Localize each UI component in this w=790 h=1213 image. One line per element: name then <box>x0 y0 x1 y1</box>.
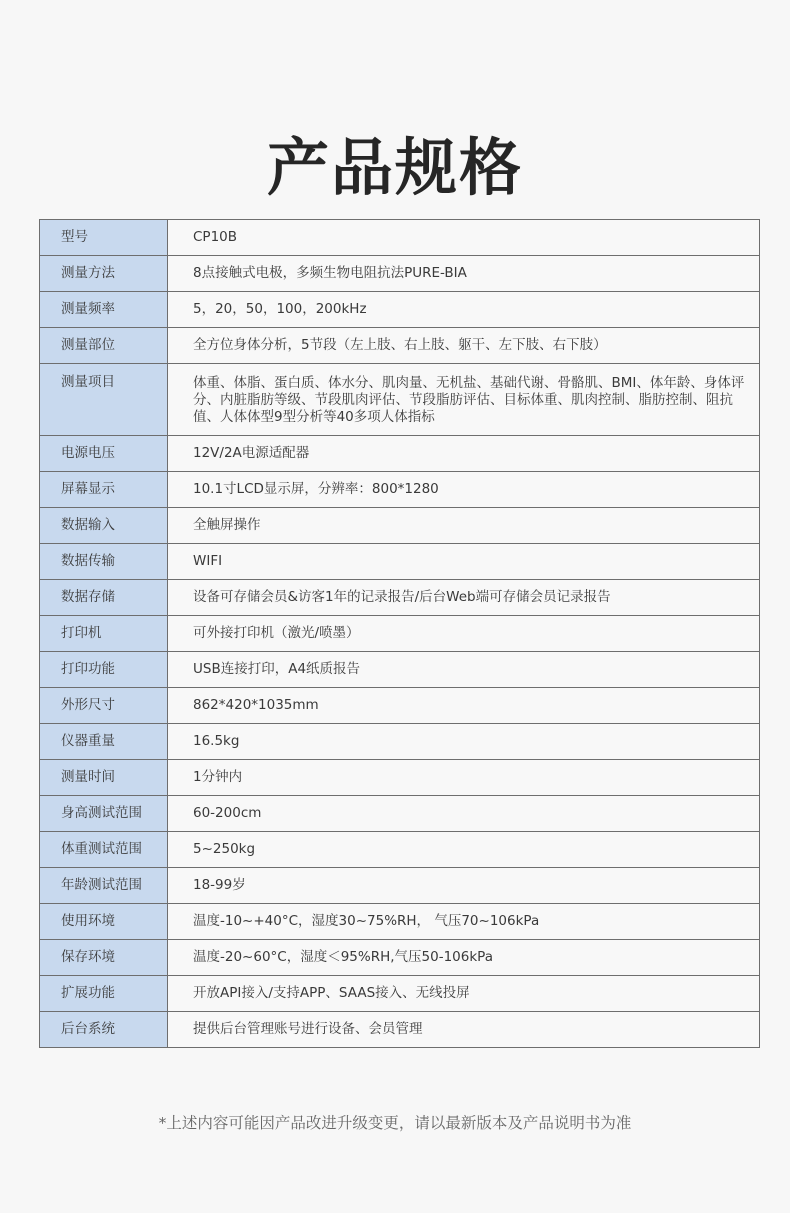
spec-value: 1分钟内 <box>168 760 760 796</box>
spec-label: 数据传输 <box>40 544 168 580</box>
spec-value: 全方位身体分析，5节段（左上肢、右上肢、躯干、左下肢、右下肢） <box>168 328 760 364</box>
spec-label: 仪器重量 <box>40 724 168 760</box>
spec-label: 测量频率 <box>40 292 168 328</box>
spec-label: 年龄测试范围 <box>40 868 168 904</box>
spec-value: 18-99岁 <box>168 868 760 904</box>
spec-row-measurement-method: 测量方法 8点接触式电极，多频生物电阻抗法PURE-BIA <box>40 256 760 292</box>
spec-row-measurement-items: 测量项目 体重、体脂、蛋白质、体水分、肌肉量、无机盐、基础代谢、骨骼肌、BMI、… <box>40 364 760 436</box>
spec-row-backend-system: 后台系统 提供后台管理账号进行设备、会员管理 <box>40 1012 760 1048</box>
spec-row-age-range: 年龄测试范围 18-99岁 <box>40 868 760 904</box>
spec-row-weight-range: 体重测试范围 5~250kg <box>40 832 760 868</box>
spec-value: 开放API接入/支持APP、SAAS接入、无线投屏 <box>168 976 760 1012</box>
spec-value: 16.5kg <box>168 724 760 760</box>
spec-row-model: 型号 CP10B <box>40 220 760 256</box>
spec-label: 测量时间 <box>40 760 168 796</box>
spec-value: 温度-20~60°C，湿度＜95%RH,气压50-106kPa <box>168 940 760 976</box>
spec-value: 设备可存储会员&访客1年的记录报告/后台Web端可存储会员记录报告 <box>168 580 760 616</box>
spec-label: 测量方法 <box>40 256 168 292</box>
spec-row-data-transfer: 数据传输 WIFI <box>40 544 760 580</box>
spec-value: 12V/2A电源适配器 <box>168 436 760 472</box>
spec-row-dimensions: 外形尺寸 862*420*1035mm <box>40 688 760 724</box>
spec-value: 8点接触式电极，多频生物电阻抗法PURE-BIA <box>168 256 760 292</box>
spec-row-storage-environment: 保存环境 温度-20~60°C，湿度＜95%RH,气压50-106kPa <box>40 940 760 976</box>
spec-value: 5~250kg <box>168 832 760 868</box>
spec-value: 提供后台管理账号进行设备、会员管理 <box>168 1012 760 1048</box>
footnote: *上述内容可能因产品改进升级变更，请以最新版本及产品说明书为准 <box>0 1112 790 1134</box>
spec-label: 后台系统 <box>40 1012 168 1048</box>
spec-row-extensions: 扩展功能 开放API接入/支持APP、SAAS接入、无线投屏 <box>40 976 760 1012</box>
spec-label: 使用环境 <box>40 904 168 940</box>
spec-label: 电源电压 <box>40 436 168 472</box>
spec-row-operating-environment: 使用环境 温度-10~+40°C，湿度30~75%RH， 气压70~106kPa <box>40 904 760 940</box>
spec-label: 打印功能 <box>40 652 168 688</box>
spec-label: 数据存储 <box>40 580 168 616</box>
spec-label: 保存环境 <box>40 940 168 976</box>
spec-row-data-storage: 数据存储 设备可存储会员&访客1年的记录报告/后台Web端可存储会员记录报告 <box>40 580 760 616</box>
spec-label: 体重测试范围 <box>40 832 168 868</box>
spec-value: 5，20，50，100，200kHz <box>168 292 760 328</box>
spec-row-measurement-parts: 测量部位 全方位身体分析，5节段（左上肢、右上肢、躯干、左下肢、右下肢） <box>40 328 760 364</box>
spec-row-data-input: 数据输入 全触屏操作 <box>40 508 760 544</box>
spec-value: USB连接打印，A4纸质报告 <box>168 652 760 688</box>
spec-label: 打印机 <box>40 616 168 652</box>
spec-value: CP10B <box>168 220 760 256</box>
spec-label: 外形尺寸 <box>40 688 168 724</box>
spec-value: 可外接打印机（激光/喷墨） <box>168 616 760 652</box>
spec-row-weight: 仪器重量 16.5kg <box>40 724 760 760</box>
spec-value: 全触屏操作 <box>168 508 760 544</box>
spec-row-power-supply: 电源电压 12V/2A电源适配器 <box>40 436 760 472</box>
spec-label: 屏幕显示 <box>40 472 168 508</box>
spec-label: 测量部位 <box>40 328 168 364</box>
spec-value: 862*420*1035mm <box>168 688 760 724</box>
spec-value: 60-200cm <box>168 796 760 832</box>
spec-value: WIFI <box>168 544 760 580</box>
spec-value: 体重、体脂、蛋白质、体水分、肌肉量、无机盐、基础代谢、骨骼肌、BMI、体年龄、身… <box>168 364 760 436</box>
spec-value: 温度-10~+40°C，湿度30~75%RH， 气压70~106kPa <box>168 904 760 940</box>
spec-row-height-range: 身高测试范围 60-200cm <box>40 796 760 832</box>
spec-label: 型号 <box>40 220 168 256</box>
spec-table: 型号 CP10B 测量方法 8点接触式电极，多频生物电阻抗法PURE-BIA 测… <box>39 219 760 1048</box>
spec-row-screen-display: 屏幕显示 10.1寸LCD显示屏，分辨率：800*1280 <box>40 472 760 508</box>
spec-value: 10.1寸LCD显示屏，分辨率：800*1280 <box>168 472 760 508</box>
spec-row-measurement-frequency: 测量频率 5，20，50，100，200kHz <box>40 292 760 328</box>
spec-label: 身高测试范围 <box>40 796 168 832</box>
spec-label: 扩展功能 <box>40 976 168 1012</box>
spec-label: 数据输入 <box>40 508 168 544</box>
spec-row-measurement-time: 测量时间 1分钟内 <box>40 760 760 796</box>
spec-row-print-function: 打印功能 USB连接打印，A4纸质报告 <box>40 652 760 688</box>
spec-label: 测量项目 <box>40 364 168 436</box>
page-title: 产品规格 <box>0 130 790 206</box>
spec-row-printer: 打印机 可外接打印机（激光/喷墨） <box>40 616 760 652</box>
